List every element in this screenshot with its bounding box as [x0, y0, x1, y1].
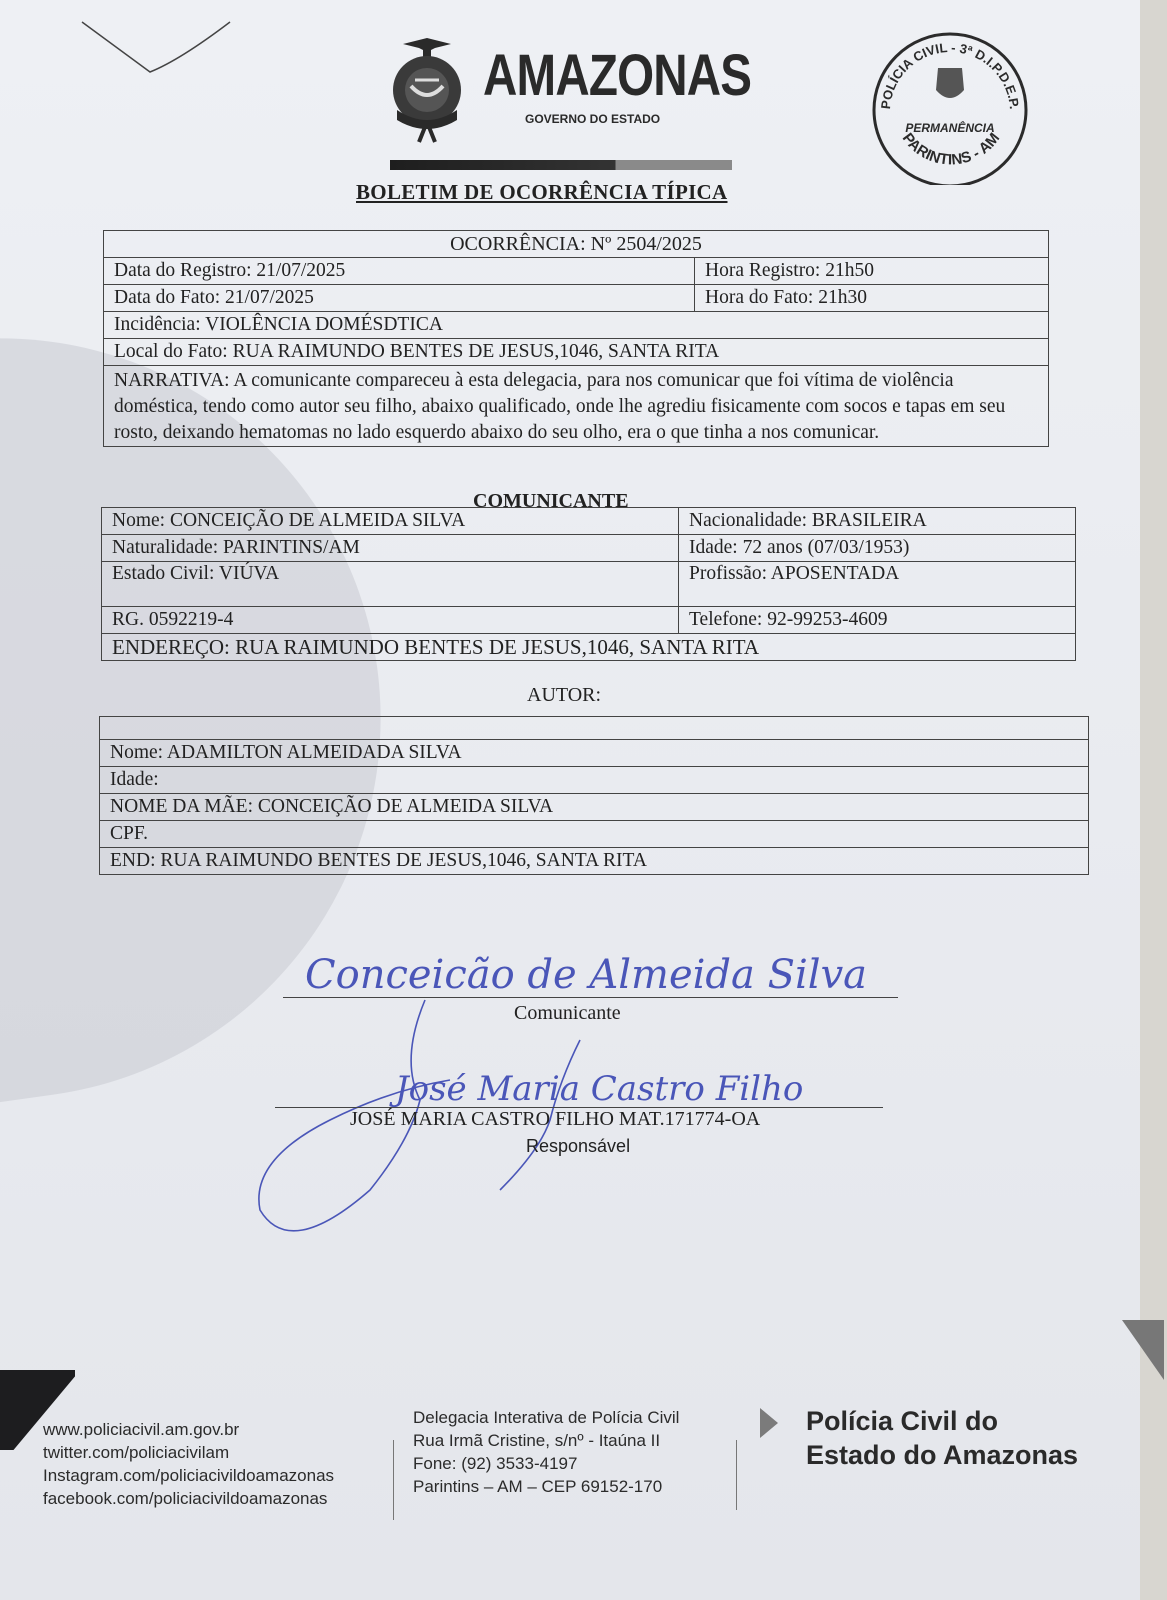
- registration-date: Data do Registro: 21/07/2025: [104, 258, 695, 285]
- complainant-phone: Telefone: 92-99253-4609: [679, 607, 1076, 634]
- complainant-marital-status: Estado Civil: VIÚVA: [102, 562, 679, 607]
- author-section-title: AUTOR:: [527, 684, 601, 707]
- footer-address-line: Fone: (92) 3533-4197: [413, 1452, 679, 1475]
- footer-divider: [736, 1440, 737, 1510]
- complainant-signature-line: [283, 997, 898, 998]
- registration-time: Hora Registro: 21h50: [695, 258, 1049, 285]
- document-title: BOLETIM DE OCORRÊNCIA TÍPICA: [356, 180, 728, 205]
- complainant-rg: RG. 0592219-4: [102, 607, 679, 634]
- police-badge-icon: [936, 68, 964, 98]
- svg-text:PARINTINS - AM: PARINTINS - AM: [899, 130, 1003, 169]
- occurrence-number: OCORRÊNCIA: Nº 2504/2025: [104, 231, 1049, 258]
- fold-mark-icon: [80, 20, 240, 80]
- complainant-address: ENDEREÇO: RUA RAIMUNDO BENTES DE JESUS,1…: [102, 634, 1076, 661]
- author-mother-name: NOME DA MÃE: CONCEIÇÃO DE ALMEIDA SILVA: [100, 794, 1089, 821]
- footer-link-twitter[interactable]: twitter.com/policiacivilam: [43, 1441, 334, 1464]
- fact-time: Hora do Fato: 21h30: [695, 285, 1049, 312]
- author-address: END: RUA RAIMUNDO BENTES DE JESUS,1046, …: [100, 848, 1089, 875]
- footer-link-instagram[interactable]: Instagram.com/policiacivildoamazonas: [43, 1464, 334, 1487]
- signature-area: Conceicão de Almeida Silva José Maria Ca…: [250, 940, 1010, 1260]
- header-divider-bar: [390, 160, 732, 170]
- stamp-bottom-text: PARINTINS - AM: [899, 130, 1003, 169]
- fact-location: Local do Fato: RUA RAIMUNDO BENTES DE JE…: [104, 339, 1049, 366]
- brand-title: AMAZONAS: [483, 42, 751, 109]
- footer-brand-line: Polícia Civil do: [806, 1404, 1078, 1438]
- fact-date: Data do Fato: 21/07/2025: [104, 285, 695, 312]
- complainant-profession: Profissão: APOSENTADA: [679, 562, 1076, 607]
- triangle-arrow-icon: [760, 1408, 778, 1438]
- footer-address: Delegacia Interativa de Polícia Civil Ru…: [413, 1406, 679, 1498]
- handwritten-signatures: Conceicão de Almeida Silva José Maria Ca…: [250, 940, 1010, 1260]
- footer-links: www.policiacivil.am.gov.br twitter.com/p…: [43, 1418, 334, 1510]
- officer-label: Responsável: [526, 1136, 630, 1157]
- footer-link-website[interactable]: www.policiacivil.am.gov.br: [43, 1418, 334, 1441]
- footer-address-line: Rua Irmã Cristine, s/nº - Itaúna II: [413, 1429, 679, 1452]
- complainant-age: Idade: 72 anos (07/03/1953): [679, 535, 1076, 562]
- complainant-signature: Conceicão de Almeida Silva: [305, 952, 867, 998]
- footer-brand-line: Estado do Amazonas: [806, 1438, 1078, 1472]
- police-stamp: POLÍCIA CIVIL - 3ª D.I.P.D.E.P. PERMANÊN…: [868, 30, 1033, 185]
- footer-divider: [393, 1440, 394, 1520]
- author-age: Idade:: [100, 767, 1089, 794]
- officer-signature: José Maria Castro Filho: [389, 1069, 803, 1109]
- stamp-center-text: PERMANÊNCIA: [905, 120, 994, 135]
- amazonas-coat-of-arms-icon: [385, 30, 470, 145]
- footer-brand: Polícia Civil do Estado do Amazonas: [806, 1404, 1078, 1472]
- complainant-birthplace: Naturalidade: PARINTINS/AM: [102, 535, 679, 562]
- narrative: NARRATIVA: A comunicante compareceu à es…: [104, 366, 1049, 447]
- complainant-label: Comunicante: [514, 1002, 621, 1025]
- footer-link-facebook[interactable]: facebook.com/policiacivildoamazonas: [43, 1487, 334, 1510]
- footer-address-line: Parintins – AM – CEP 69152-170: [413, 1475, 679, 1498]
- author-table: Nome: ADAMILTON ALMEIDADA SILVA Idade: N…: [99, 716, 1089, 875]
- complainant-table: Nome: CONCEIÇÃO DE ALMEIDA SILVA Naciona…: [101, 507, 1076, 661]
- incidence: Incidência: VIOLÊNCIA DOMÉSDTICA: [104, 312, 1049, 339]
- brand-subtitle: GOVERNO DO ESTADO: [525, 112, 660, 126]
- letterhead: AMAZONAS GOVERNO DO ESTADO: [385, 30, 745, 150]
- occurrence-table: OCORRÊNCIA: Nº 2504/2025 Data do Registr…: [103, 230, 1049, 447]
- footer-address-line: Delegacia Interativa de Polícia Civil: [413, 1406, 679, 1429]
- author-cpf: CPF.: [100, 821, 1089, 848]
- author-name: Nome: ADAMILTON ALMEIDADA SILVA: [100, 740, 1089, 767]
- complainant-nationality: Nacionalidade: BRASILEIRA: [679, 508, 1076, 535]
- complainant-name: Nome: CONCEIÇÃO DE ALMEIDA SILVA: [102, 508, 679, 535]
- officer-name: JOSÉ MARIA CASTRO FILHO MAT.171774-OA: [350, 1108, 760, 1131]
